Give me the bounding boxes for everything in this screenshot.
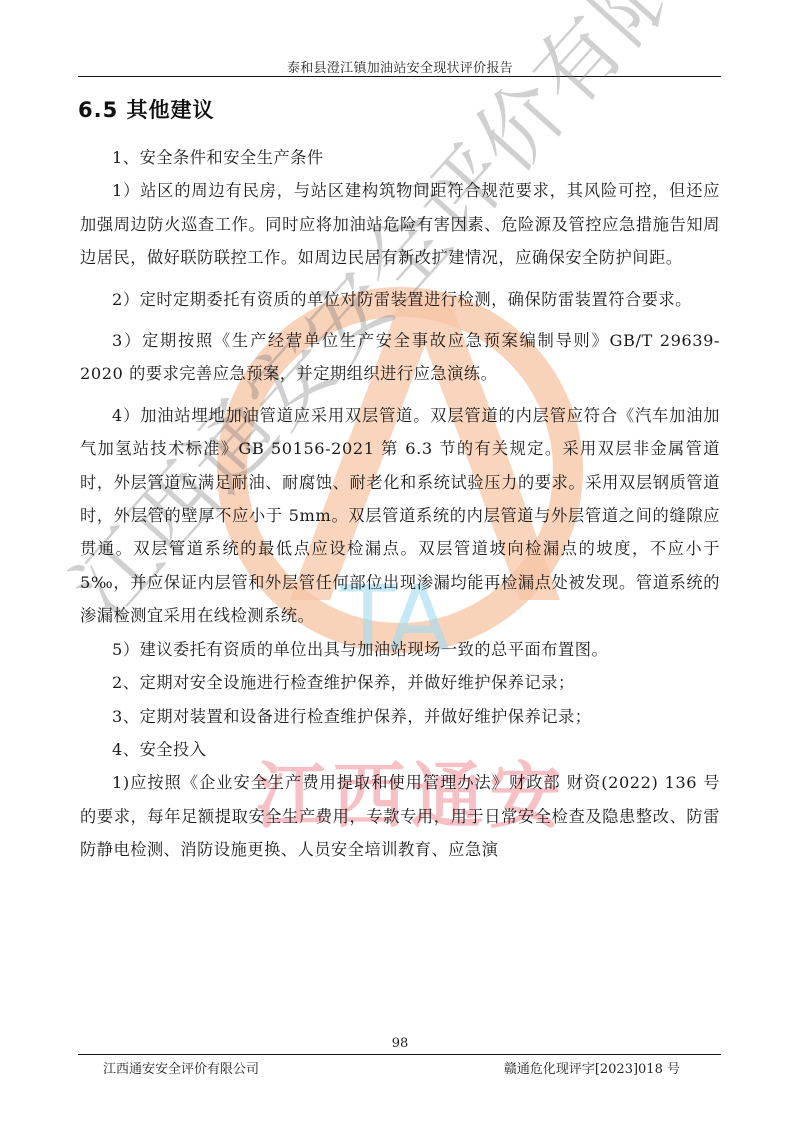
body-text: 1、安全条件和安全生产条件 1）站区的周边有民房，与站区建构筑物间距符合规范要求… [80, 141, 720, 867]
running-header-title: 泰和县澄江镇加油站安全现状评价报告 [0, 57, 800, 76]
list-item-equipment-maintenance: 3、定期对装置和设备进行检查维护保养，并做好维护保养记录； [80, 700, 720, 733]
list-item-safety-investment: 4、安全投入 [80, 733, 720, 766]
page-number: 98 [0, 1036, 800, 1051]
section-heading: 6.5 其他建议 [78, 94, 215, 124]
paragraph-safety-fees: 1)应按照《企业安全生产费用提取和使用管理办法》财政部 财资(2022) 136… [80, 766, 720, 866]
list-item-safety-facility-maintenance: 2、定期对安全设施进行检查维护保养，并做好维护保养记录； [80, 666, 720, 699]
list-item-safety-conditions: 1、安全条件和安全生产条件 [80, 141, 720, 174]
paragraph-lightning-protection: 2）定时定期委托有资质的单位对防雷装置进行检测，确保防雷装置符合要求。 [80, 283, 720, 316]
paragraph-double-layer-pipe: 4）加油站埋地加油管道应采用双层管道。双层管道的内层管应符合《汽车加油加气加氢站… [80, 399, 720, 633]
paragraph-emergency-plan: 3）定期按照《生产经营单位生产安全事故应急预案编制导则》GB/T 29639-2… [80, 324, 720, 391]
footer-report-number: 赣通危化现评字[2023]018 号 [504, 1058, 680, 1077]
paragraph-residential-surroundings: 1）站区的周边有民房，与站区建构筑物间距符合规范要求，其风险可控，但还应加强周边… [80, 174, 720, 274]
paragraph-site-layout: 5）建议委托有资质的单位出具与加油站现场一致的总平面布置图。 [80, 633, 720, 666]
footer-divider [78, 1054, 721, 1055]
header-divider [78, 76, 721, 77]
document-page: TA 江西通安 江西通安安全评价有限公司 泰和县澄江镇加油站安全现状评价报告 6… [0, 0, 800, 1131]
footer-company-name: 江西通安安全评价有限公司 [103, 1058, 259, 1077]
